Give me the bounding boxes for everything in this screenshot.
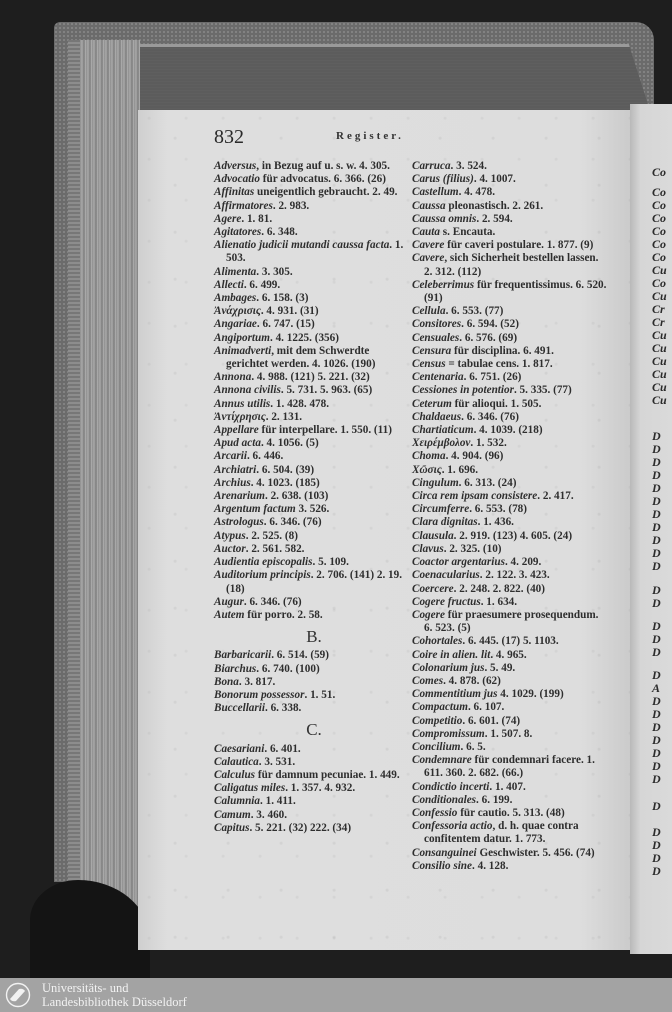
- index-entry: Auditorium principis. 2. 706. (141) 2. 1…: [214, 569, 414, 595]
- index-reference: . 2. 131.: [266, 411, 302, 423]
- index-entry: Commentitium jus 4. 1029. (199): [412, 688, 608, 701]
- index-term: Affinitas: [214, 186, 254, 198]
- index-reference: . 6. 346. (76): [244, 596, 302, 608]
- index-entry: Censura für disciplina. 6. 491.: [412, 345, 608, 358]
- index-reference: . 6. 499.: [244, 279, 280, 291]
- index-reference: , sich Sicherheit bestellen lassen. 2. 3…: [424, 252, 598, 277]
- index-entry: Audientia episcopalis. 5. 109.: [214, 556, 414, 569]
- index-reference: . 2. 638. (103): [265, 490, 328, 502]
- index-term: Caussa omnis: [412, 213, 476, 225]
- next-page-fragment: D: [652, 597, 661, 610]
- index-term: Coercere: [412, 583, 454, 595]
- index-reference: Geschwister. 5. 456. (74): [477, 847, 595, 859]
- index-term: Coire in alien. lit: [412, 649, 490, 661]
- index-term: Censuales: [412, 332, 459, 344]
- index-entry: Bona. 3. 817.: [214, 676, 414, 689]
- index-reference: . 6. 553. (77): [446, 305, 504, 317]
- index-term: Alienatio judicii mutandi caussa facta: [214, 239, 389, 251]
- index-reference: = tabulae cens. 1. 817.: [446, 358, 553, 370]
- index-reference: . 6. 346. (76): [461, 411, 519, 423]
- index-entry: Bonorum possessor. 1. 51.: [214, 689, 414, 702]
- index-reference: . 4. 209.: [505, 556, 541, 568]
- index-entry: Chaldaeus. 6. 346. (76): [412, 411, 608, 424]
- index-reference: uneigentlich gebraucht. 2. 49.: [254, 186, 397, 198]
- index-reference: . 1. 428. 478.: [270, 398, 329, 410]
- index-reference: . 3. 817.: [239, 676, 275, 688]
- index-reference: . 2. 594.: [476, 213, 512, 225]
- index-reference: . 1. 436.: [478, 516, 514, 528]
- index-reference: . 2. 325. (10): [444, 543, 502, 555]
- index-entry: Astrologus. 6. 346. (76): [214, 516, 414, 529]
- index-term: Bonorum possessor: [214, 689, 304, 701]
- index-term: Clausula: [412, 530, 454, 542]
- index-term: Comes: [412, 675, 443, 687]
- index-reference: . 1. 532.: [470, 437, 506, 449]
- index-term: Apud acta: [214, 437, 261, 449]
- index-term: Carruca: [412, 160, 451, 172]
- index-entry: Concilium. 6. 5.: [412, 741, 608, 754]
- index-entry: Ceterum für alioqui. 1. 505.: [412, 398, 608, 411]
- index-entry: Affinitas uneigentlich gebraucht. 2. 49.: [214, 186, 414, 199]
- index-reference: . 4. 904. (96): [446, 450, 504, 462]
- index-entry: Biarchus. 6. 740. (100): [214, 663, 414, 676]
- index-term: Celeberrimus: [412, 279, 474, 291]
- index-reference: . 4. 128.: [472, 860, 508, 872]
- index-term: Allecti: [214, 279, 244, 291]
- index-reference: für caveri postulare. 1. 877. (9): [444, 239, 593, 251]
- index-reference: . 6. 346. (76): [264, 516, 322, 528]
- next-page-fragment: D: [652, 560, 661, 573]
- index-term: Compactum: [412, 701, 468, 713]
- index-entry: Angiportum. 4. 1225. (356): [214, 332, 414, 345]
- index-reference: . 6. 199.: [476, 794, 512, 806]
- index-term: Caligatus miles: [214, 782, 285, 794]
- index-term: Ἀντίχρησις: [214, 411, 266, 423]
- index-entry: Conditionales. 6. 199.: [412, 794, 608, 807]
- index-term: Annona: [214, 371, 251, 383]
- index-reference: . 3. 531.: [259, 756, 295, 768]
- index-reference: . 4. 965.: [490, 649, 526, 661]
- index-reference: . 1. 634.: [481, 596, 517, 608]
- index-reference: . 4. 1039. (218): [474, 424, 543, 436]
- index-term: Clavus: [412, 543, 444, 555]
- index-entry: Condictio incerti. 1. 407.: [412, 781, 608, 794]
- index-entry: Advocatio für advocatus. 6. 366. (26): [214, 173, 414, 186]
- index-entry: Confessoria actio, d. h. quae contra con…: [412, 820, 608, 846]
- index-entry: Condemnare für condemnari facere. 1. 611…: [412, 754, 608, 780]
- index-entry: Competitio. 6. 601. (74): [412, 715, 608, 728]
- index-reference: . 6. 401.: [264, 743, 300, 755]
- next-page-fragment: D: [652, 646, 661, 659]
- index-term: Autem: [214, 609, 244, 621]
- index-entry: Cohortales. 6. 445. (17) 5. 1103.: [412, 635, 608, 648]
- index-entry: Cingulum. 6. 313. (24): [412, 477, 608, 490]
- index-term: Annona civilis: [214, 384, 281, 396]
- index-entry: Caligatus miles. 1. 357. 4. 932.: [214, 782, 414, 795]
- page-block-left: [68, 40, 140, 950]
- index-reference: . 5. 109.: [313, 556, 349, 568]
- index-term: Calautica: [214, 756, 259, 768]
- index-reference: . 5. 221. (32) 222. (34): [249, 822, 351, 834]
- index-entry: Centenaria. 6. 751. (26): [412, 371, 608, 384]
- index-reference: . 4. 988. (121) 5. 221. (32): [251, 371, 369, 383]
- index-term: Cauta: [412, 226, 440, 238]
- index-entry: Buccellarii. 6. 338.: [214, 702, 414, 715]
- institution-line-2: Landesbibliothek Düsseldorf: [42, 995, 187, 1009]
- index-term: Ἀνάχρισις: [214, 305, 261, 317]
- index-reference: . 4. 878. (62): [443, 675, 501, 687]
- index-entry: Agitatores. 6. 348.: [214, 226, 414, 239]
- index-entry: Arenarium. 2. 638. (103): [214, 490, 414, 503]
- page-number: 832: [214, 126, 244, 149]
- index-term: Compromissum: [412, 728, 485, 740]
- index-entry: Adversus, in Bezug auf u. s. w. 4. 305.: [214, 160, 414, 173]
- index-term: Carus (filius): [412, 173, 474, 185]
- index-entry: Comes. 4. 878. (62): [412, 675, 608, 688]
- index-entry: Cellula. 6. 553. (77): [412, 305, 608, 318]
- index-term: Census: [412, 358, 446, 370]
- index-reference: . 6. 338.: [265, 702, 301, 714]
- index-reference: . 6. 747. (15): [257, 318, 315, 330]
- index-entry: Colonarium jus. 5. 49.: [412, 662, 608, 675]
- index-entry: Calculus für damnum pecuniae. 1. 449.: [214, 769, 414, 782]
- index-reference: . 6. 504. (39): [256, 464, 314, 476]
- index-term: Consilio sine: [412, 860, 472, 872]
- library-footer: Universitäts- und Landesbibliothek Düsse…: [0, 978, 672, 1012]
- index-term: Bona: [214, 676, 239, 688]
- next-page-fragment: Co: [652, 166, 666, 179]
- index-entry: Apud acta. 4. 1056. (5): [214, 437, 414, 450]
- index-term: Ceterum: [412, 398, 452, 410]
- index-term: Argentum factum: [214, 503, 296, 515]
- index-term: Atypus: [214, 530, 246, 542]
- index-term: Castellum: [412, 186, 459, 198]
- index-term: Annus utilis: [214, 398, 270, 410]
- index-term: Censura: [412, 345, 451, 357]
- index-entry: Auctor. 2. 561. 582.: [214, 543, 414, 556]
- index-entry: Camum. 3. 460.: [214, 809, 414, 822]
- index-term: Astrologus: [214, 516, 264, 528]
- index-entry: Cavere, sich Sicherheit bestellen lassen…: [412, 252, 608, 278]
- scan-background: CoCoCoCoCoCoCoCuCoCuCrCrCuCuCuCuCuCuDDDD…: [0, 0, 672, 978]
- index-entry: Χειρέμβολον. 1. 532.: [412, 437, 608, 450]
- book-logo-icon: [4, 982, 32, 1008]
- index-entry: Barbaricarii. 6. 514. (59): [214, 649, 414, 662]
- index-term: Condemnare: [412, 754, 472, 766]
- index-reference: . 2. 983.: [273, 200, 309, 212]
- index-reference: . 5. 49.: [484, 662, 515, 674]
- index-reference: . 6. 446.: [247, 450, 283, 462]
- index-reference: . 6. 445. (17) 5. 1103.: [462, 635, 558, 647]
- index-reference: . 6. 158. (3): [256, 292, 308, 304]
- index-entry: Argentum factum 3. 526.: [214, 503, 414, 516]
- index-entry: Compromissum. 1. 507. 8.: [412, 728, 608, 741]
- index-term: Clara dignitas: [412, 516, 478, 528]
- index-entry: Castellum. 4. 478.: [412, 186, 608, 199]
- index-entry: Clausula. 2. 919. (123) 4. 605. (24): [412, 530, 608, 543]
- index-reference: 3. 526.: [296, 503, 330, 515]
- index-reference: . 1. 696.: [442, 464, 478, 476]
- index-term: Auditorium principis: [214, 569, 311, 581]
- index-entry: Ἀντίχρησις. 2. 131.: [214, 411, 414, 424]
- index-reference: für praesumere prosequendum. 6. 523. (5): [424, 609, 598, 634]
- next-page-fragment: D: [652, 800, 661, 813]
- index-entry: Cogere für praesumere prosequendum. 6. 5…: [412, 609, 608, 635]
- index-reference: . 5. 731. 5. 963. (65): [281, 384, 372, 396]
- index-entry: Agere. 1. 81.: [214, 213, 414, 226]
- index-reference: . 6. 313. (24): [459, 477, 517, 489]
- index-entry: Calautica. 3. 531.: [214, 756, 414, 769]
- index-reference: . 1. 411.: [260, 795, 296, 807]
- index-entry: Calumnia. 1. 411.: [214, 795, 414, 808]
- index-term: Cohortales: [412, 635, 462, 647]
- index-reference: . 6. 594. (52): [461, 318, 519, 330]
- index-reference: für alioqui. 1. 505.: [452, 398, 542, 410]
- index-term: Cogere: [412, 609, 445, 621]
- index-term: Adversus: [214, 160, 256, 172]
- index-entry: Angariae. 6. 747. (15): [214, 318, 414, 331]
- index-reference: . 4. 1056. (5): [261, 437, 319, 449]
- index-entry: Autem für porro. 2. 58.: [214, 609, 414, 622]
- index-entry: Circa rem ipsam consistere. 2. 417.: [412, 490, 608, 503]
- index-term: Appellare: [214, 424, 259, 436]
- index-term: Cingulum: [412, 477, 459, 489]
- index-reference: . 2. 122. 3. 423.: [480, 569, 550, 581]
- index-reference: . 3. 305.: [256, 266, 292, 278]
- index-term: Coenacularius: [412, 569, 480, 581]
- running-title: Register.: [336, 130, 404, 142]
- index-reference: . 6. 740. (100): [256, 663, 319, 675]
- index-entry: Archiatri. 6. 504. (39): [214, 464, 414, 477]
- index-reference: . 4. 1023. (185): [251, 477, 320, 489]
- index-term: Arenarium: [214, 490, 265, 502]
- index-term: Choma: [412, 450, 446, 462]
- index-reference: . 5. 335. (77): [514, 384, 572, 396]
- index-entry: Census = tabulae cens. 1. 817.: [412, 358, 608, 371]
- next-page-fragment: D: [652, 865, 661, 878]
- index-column-left: Adversus, in Bezug auf u. s. w. 4. 305.A…: [214, 160, 414, 835]
- index-reference: . 6. 514. (59): [271, 649, 329, 661]
- index-term: Archius: [214, 477, 251, 489]
- index-term: Arcarii: [214, 450, 247, 462]
- index-entry: Coercere. 2. 248. 2. 822. (40): [412, 583, 608, 596]
- index-column-right: Carruca. 3. 524.Carus (filius). 4. 1007.…: [412, 160, 608, 873]
- index-entry: Caesariani. 6. 401.: [214, 743, 414, 756]
- index-entry: Alienatio judicii mutandi caussa facta. …: [214, 239, 414, 265]
- index-term: Circa rem ipsam consistere: [412, 490, 537, 502]
- index-term: Calculus: [214, 769, 255, 781]
- letter-heading: C.: [214, 723, 414, 736]
- index-reference: für interpellare. 1. 550. (11): [259, 424, 392, 436]
- index-entry: Coire in alien. lit. 4. 965.: [412, 649, 608, 662]
- index-entry: Appellare für interpellare. 1. 550. (11): [214, 424, 414, 437]
- index-reference: . 1. 507. 8.: [485, 728, 533, 740]
- index-term: Capitus: [214, 822, 249, 834]
- index-reference: . 6. 601. (74): [462, 715, 520, 727]
- index-reference: . 4. 1225. (356): [270, 332, 339, 344]
- index-entry: Caussa omnis. 2. 594.: [412, 213, 608, 226]
- index-entry: Carus (filius). 4. 1007.: [412, 173, 608, 186]
- index-term: Commentitium jus: [412, 688, 498, 700]
- index-entry: Annona. 4. 988. (121) 5. 221. (32): [214, 371, 414, 384]
- index-entry: Atypus. 2. 525. (8): [214, 530, 414, 543]
- index-entry: Animadverti, mit dem Schwerdte gerichtet…: [214, 345, 414, 371]
- index-term: Circumferre: [412, 503, 469, 515]
- index-term: Colonarium jus: [412, 662, 484, 674]
- index-entry: Annus utilis. 1. 428. 478.: [214, 398, 414, 411]
- index-entry: Χῶσις. 1. 696.: [412, 464, 608, 477]
- index-reference: für cautio. 5. 313. (48): [457, 807, 564, 819]
- index-term: Chaldaeus: [412, 411, 461, 423]
- index-reference: für disciplina. 6. 491.: [451, 345, 554, 357]
- index-term: Competitio: [412, 715, 462, 727]
- index-term: Barbaricarii: [214, 649, 271, 661]
- next-page-fragment: Cu: [652, 394, 667, 407]
- index-term: Cessiones in potentior: [412, 384, 514, 396]
- index-term: Cellula: [412, 305, 446, 317]
- index-entry: Alimenta. 3. 305.: [214, 266, 414, 279]
- index-entry: Clavus. 2. 325. (10): [412, 543, 608, 556]
- index-term: Condictio incerti: [412, 781, 489, 793]
- index-entry: Cogere fructus. 1. 634.: [412, 596, 608, 609]
- index-term: Confessio: [412, 807, 457, 819]
- index-term: Alimenta: [214, 266, 256, 278]
- index-entry: Arcarii. 6. 446.: [214, 450, 414, 463]
- index-term: Affirmatores: [214, 200, 273, 212]
- index-entry: Confessio für cautio. 5. 313. (48): [412, 807, 608, 820]
- index-reference: . 1. 357. 4. 932.: [285, 782, 355, 794]
- index-term: Auctor: [214, 543, 246, 555]
- index-reference: . 4. 931. (31): [261, 305, 319, 317]
- index-reference: . 6. 751. (26): [464, 371, 522, 383]
- index-reference: für damnum pecuniae. 1. 449.: [255, 769, 400, 781]
- index-reference: . 1. 407.: [489, 781, 525, 793]
- index-term: Angiportum: [214, 332, 270, 344]
- index-reference: , in Bezug auf u. s. w. 4. 305.: [256, 160, 390, 172]
- index-reference: . 1. 81.: [241, 213, 272, 225]
- page-block-top: [72, 44, 652, 117]
- index-term: Consitores: [412, 318, 461, 330]
- index-reference: s. Encauta.: [440, 226, 495, 238]
- index-reference: . 6. 5.: [461, 741, 486, 753]
- index-reference: . 2. 561. 582.: [246, 543, 305, 555]
- index-entry: Augur. 6. 346. (76): [214, 596, 414, 609]
- index-entry: Consitores. 6. 594. (52): [412, 318, 608, 331]
- index-entry: Cavere für caveri postulare. 1. 877. (9): [412, 239, 608, 252]
- letter-heading: B.: [214, 630, 414, 643]
- index-term: Animadverti: [214, 345, 271, 357]
- index-reference: . 6. 107.: [468, 701, 504, 713]
- index-term: Cavere: [412, 239, 444, 251]
- index-reference: für advocatus. 6. 366. (26): [260, 173, 386, 185]
- index-entry: Carruca. 3. 524.: [412, 160, 608, 173]
- index-entry: Cauta s. Encauta.: [412, 226, 608, 239]
- index-entry: Coenacularius. 2. 122. 3. 423.: [412, 569, 608, 582]
- index-entry: Consilio sine. 4. 128.: [412, 860, 608, 873]
- index-reference: 4. 1029. (199): [498, 688, 564, 700]
- index-term: Caesariani: [214, 743, 264, 755]
- index-term: Cogere fructus: [412, 596, 481, 608]
- index-reference: . 4. 1007.: [474, 173, 516, 185]
- index-term: Agere: [214, 213, 241, 225]
- index-term: Chartiaticum: [412, 424, 474, 436]
- index-entry: Coactor argentarius. 4. 209.: [412, 556, 608, 569]
- index-reference: . 2. 417.: [537, 490, 573, 502]
- index-entry: Clara dignitas. 1. 436.: [412, 516, 608, 529]
- index-reference: . 2. 919. (123) 4. 605. (24): [454, 530, 572, 542]
- index-term: Caussa: [412, 200, 446, 212]
- index-term: Centenaria: [412, 371, 464, 383]
- index-entry: Circumferre. 6. 553. (78): [412, 503, 608, 516]
- institution-name: Universitäts- und Landesbibliothek Düsse…: [42, 981, 187, 1009]
- index-term: Audientia episcopalis: [214, 556, 313, 568]
- index-term: Confessoria actio: [412, 820, 493, 832]
- index-reference: . 6. 553. (78): [469, 503, 527, 515]
- index-reference: für porro. 2. 58.: [244, 609, 322, 621]
- index-reference: . 3. 460.: [251, 809, 287, 821]
- index-term: Biarchus: [214, 663, 256, 675]
- index-entry: Cessiones in potentior. 5. 335. (77): [412, 384, 608, 397]
- index-entry: Allecti. 6. 499.: [214, 279, 414, 292]
- index-term: Calumnia: [214, 795, 260, 807]
- index-entry: Ambages. 6. 158. (3): [214, 292, 414, 305]
- index-entry: Caussa pleonastisch. 2. 261.: [412, 200, 608, 213]
- index-term: Archiatri: [214, 464, 256, 476]
- index-reference: . 2. 248. 2. 822. (40): [454, 583, 545, 595]
- index-reference: . 2. 525. (8): [246, 530, 298, 542]
- index-reference: . 6. 348.: [261, 226, 297, 238]
- index-term: Buccellarii: [214, 702, 265, 714]
- index-term: Consanguinei: [412, 847, 477, 859]
- index-term: Χειρέμβολον: [412, 437, 470, 449]
- index-reference: . 6. 576. (69): [459, 332, 517, 344]
- index-term: Agitatores: [214, 226, 261, 238]
- index-reference: pleonastisch. 2. 261.: [446, 200, 544, 212]
- index-term: Χῶσις: [412, 464, 442, 476]
- index-term: Camum: [214, 809, 251, 821]
- index-entry: Annona civilis. 5. 731. 5. 963. (65): [214, 384, 414, 397]
- next-page-fragment: D: [652, 773, 661, 786]
- next-page-edge: CoCoCoCoCoCoCoCuCoCuCrCrCuCuCuCuCuCuDDDD…: [630, 104, 672, 954]
- index-entry: Consanguinei Geschwister. 5. 456. (74): [412, 847, 608, 860]
- institution-line-1: Universitäts- und: [42, 981, 187, 995]
- index-reference: . 1. 51.: [304, 689, 335, 701]
- index-entry: Choma. 4. 904. (96): [412, 450, 608, 463]
- index-term: Cavere: [412, 252, 444, 264]
- index-entry: Affirmatores. 2. 983.: [214, 200, 414, 213]
- index-entry: Celeberrimus für frequentissimus. 6. 520…: [412, 279, 608, 305]
- index-term: Ambages: [214, 292, 256, 304]
- index-entry: Chartiaticum. 4. 1039. (218): [412, 424, 608, 437]
- index-entry: Archius. 4. 1023. (185): [214, 477, 414, 490]
- index-term: Concilium: [412, 741, 461, 753]
- index-term: Angariae: [214, 318, 257, 330]
- index-reference: . 4. 478.: [459, 186, 495, 198]
- index-term: Advocatio: [214, 173, 260, 185]
- index-entry: Censuales. 6. 576. (69): [412, 332, 608, 345]
- index-entry: Ἀνάχρισις. 4. 931. (31): [214, 305, 414, 318]
- index-entry: Compactum. 6. 107.: [412, 701, 608, 714]
- index-term: Conditionales: [412, 794, 476, 806]
- index-term: Augur: [214, 596, 244, 608]
- index-term: Coactor argentarius: [412, 556, 505, 568]
- index-entry: Capitus. 5. 221. (32) 222. (34): [214, 822, 414, 835]
- index-reference: . 3. 524.: [451, 160, 487, 172]
